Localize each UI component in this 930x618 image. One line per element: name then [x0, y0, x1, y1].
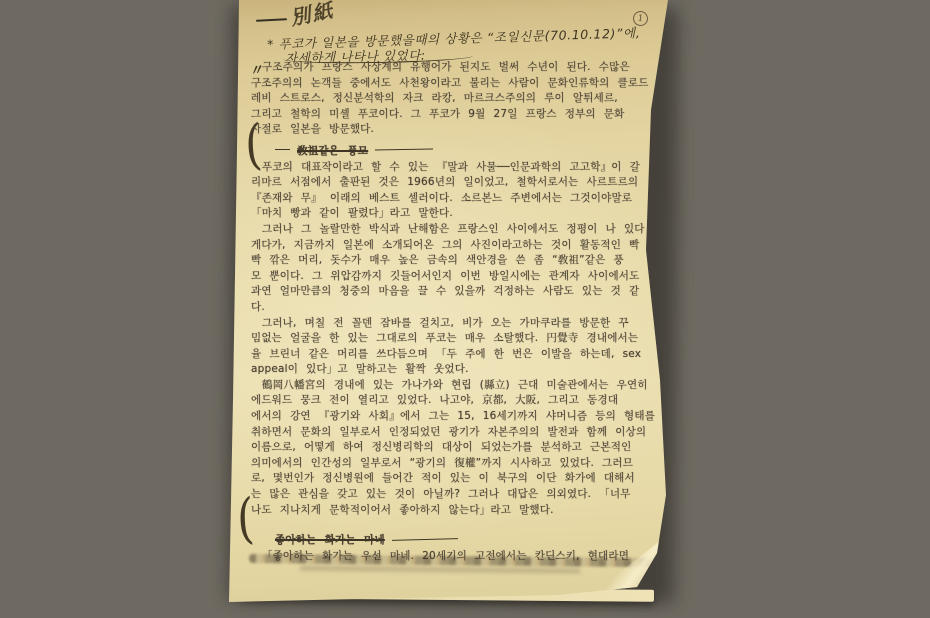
typed-line: 빡 깎은 머리, 돗수가 매우 높은 금속의 색안경을 쓴 좀 “敎祖”같은 풍	[251, 253, 701, 269]
typed-line: 에드워드 뭉크 전이 열리고 있었다. 나고야, 京都, 大阪, 그리고 동경대	[251, 393, 701, 409]
typed-line: 『존재와 무』 이래의 베스트 셀러이다. 소르본느 주변에서는 그것이야말로	[251, 191, 701, 207]
typed-text-block: 구조주의가 프랑스 사상계의 유행어가 된지도 벌써 수년이 된다. 수많은구조…	[251, 60, 701, 564]
typed-line: 敎祖같은 풍모	[251, 144, 701, 160]
typed-line: 과연 얼마만큼의 청중의 마음을 끌 수 있을까 걱정하는 사람도 있는 것 같	[251, 284, 701, 300]
typed-line: 는 많은 관심을 갖고 있는 것이 아닐까? 그러나 대답은 의외였다. 「너무	[251, 487, 701, 503]
typed-line: appeal이 있다」고 말하고는 활짝 웃었다.	[251, 362, 701, 378]
typed-line: 구조주의가 프랑스 사상계의 유행어가 된지도 벌써 수년이 된다. 수많은	[251, 60, 701, 76]
typed-line: 로, 몇번인가 정신병원에 들어간 적이 있는 이 북구의 이단 화가에 대해서	[251, 471, 701, 487]
typed-line: 좋아하는 화가는 마네	[251, 533, 701, 549]
typed-line: 에서의 강연 『광기와 사회』에서 그는 15, 16세기까지 샤머니즘 등의 …	[251, 409, 701, 425]
photo-scene: 1 別紙 * 푸코가 일본을 방문했을때의 상황은 “조일신문(70.10.12…	[0, 0, 930, 618]
typed-line: 구조주의의 논객들 중에서도 사천왕이라고 불리는 사람이 문화인류학의 클로드	[251, 76, 701, 92]
typed-line: 모 뿐이다. 그 위압감까지 깃들어서인지 이번 방일시에는 관계자 사이에서도	[251, 269, 701, 285]
pen-dash-mark	[256, 18, 287, 22]
typed-line: 취하면서 문화의 일부로서 인정되었던 광기가 자본주의의 발전과 함께 이상의	[251, 425, 701, 441]
typed-line: 레비 스트로스, 정신분석학의 자크 라캉, 마르크스주의의 루이 알튀세르,	[251, 91, 701, 107]
handwritten-top-label: 別紙	[288, 0, 337, 31]
typed-line: 그리고 철학의 미셸 푸코이다. 그 푸코가 9월 27일 프랑스 정부의 문화	[251, 107, 701, 123]
typed-line: 게다가, 지금까지 일본에 소개되어온 그의 사진이라고하는 것이 활동적인 빡	[251, 238, 701, 254]
typed-line: 그러나, 며칠 전 꼴덴 잠바를 걸치고, 비가 오는 가마쿠라를 방문한 꾸	[251, 316, 701, 332]
typed-line: 「마치 빵과 같이 팔렸다」라고 말한다.	[251, 206, 701, 222]
typed-line: 의미에서의 인간성의 일부로서 “광기의 復權”까지 시사하고 있었다. 그러므	[251, 456, 701, 472]
typed-line: 鶴岡八幡宮의 경내에 있는 가나가와 현립 (縣立) 근대 미술관에서는 우연히	[251, 378, 701, 394]
typed-line: 율 브린너 같은 머리를 쓰다듬으며 「두 주에 한 번은 이발을 하는데, s…	[251, 347, 701, 363]
smudge-faint	[300, 566, 580, 574]
typed-line: 리마르 서점에서 출판된 것은 1966년의 일이었고, 철학서로서는 사르트르…	[251, 175, 701, 191]
typed-line: 밈없는 얼굴을 한 있는 그대로의 푸코는 매우 소탈했다. 円覺寺 경내에서는	[251, 331, 701, 347]
document-page: 1 別紙 * 푸코가 일본을 방문했을때의 상황은 “조일신문(70.10.12…	[0, 0, 930, 618]
typed-line: 사절로 일본을 방문했다.	[251, 122, 701, 138]
typed-line: 이름으로, 어떻게 하여 정신병리학의 대상이 되었는가를 분석하고 근본적인	[251, 440, 701, 456]
typed-line: 나도 지나치게 문학적이어서 좋아하지 않는다」라고 말했다.	[251, 503, 701, 519]
typed-line: 다.	[251, 300, 701, 316]
typed-line: 그러나 그 놀랄만한 박식과 난해함은 프랑스인 사이에서도 정평이 나 있다	[251, 222, 701, 238]
typed-line: 푸코의 대표작이라고 할 수 있는 『말과 사물──인문과학의 고고학』이 갈	[251, 160, 701, 176]
